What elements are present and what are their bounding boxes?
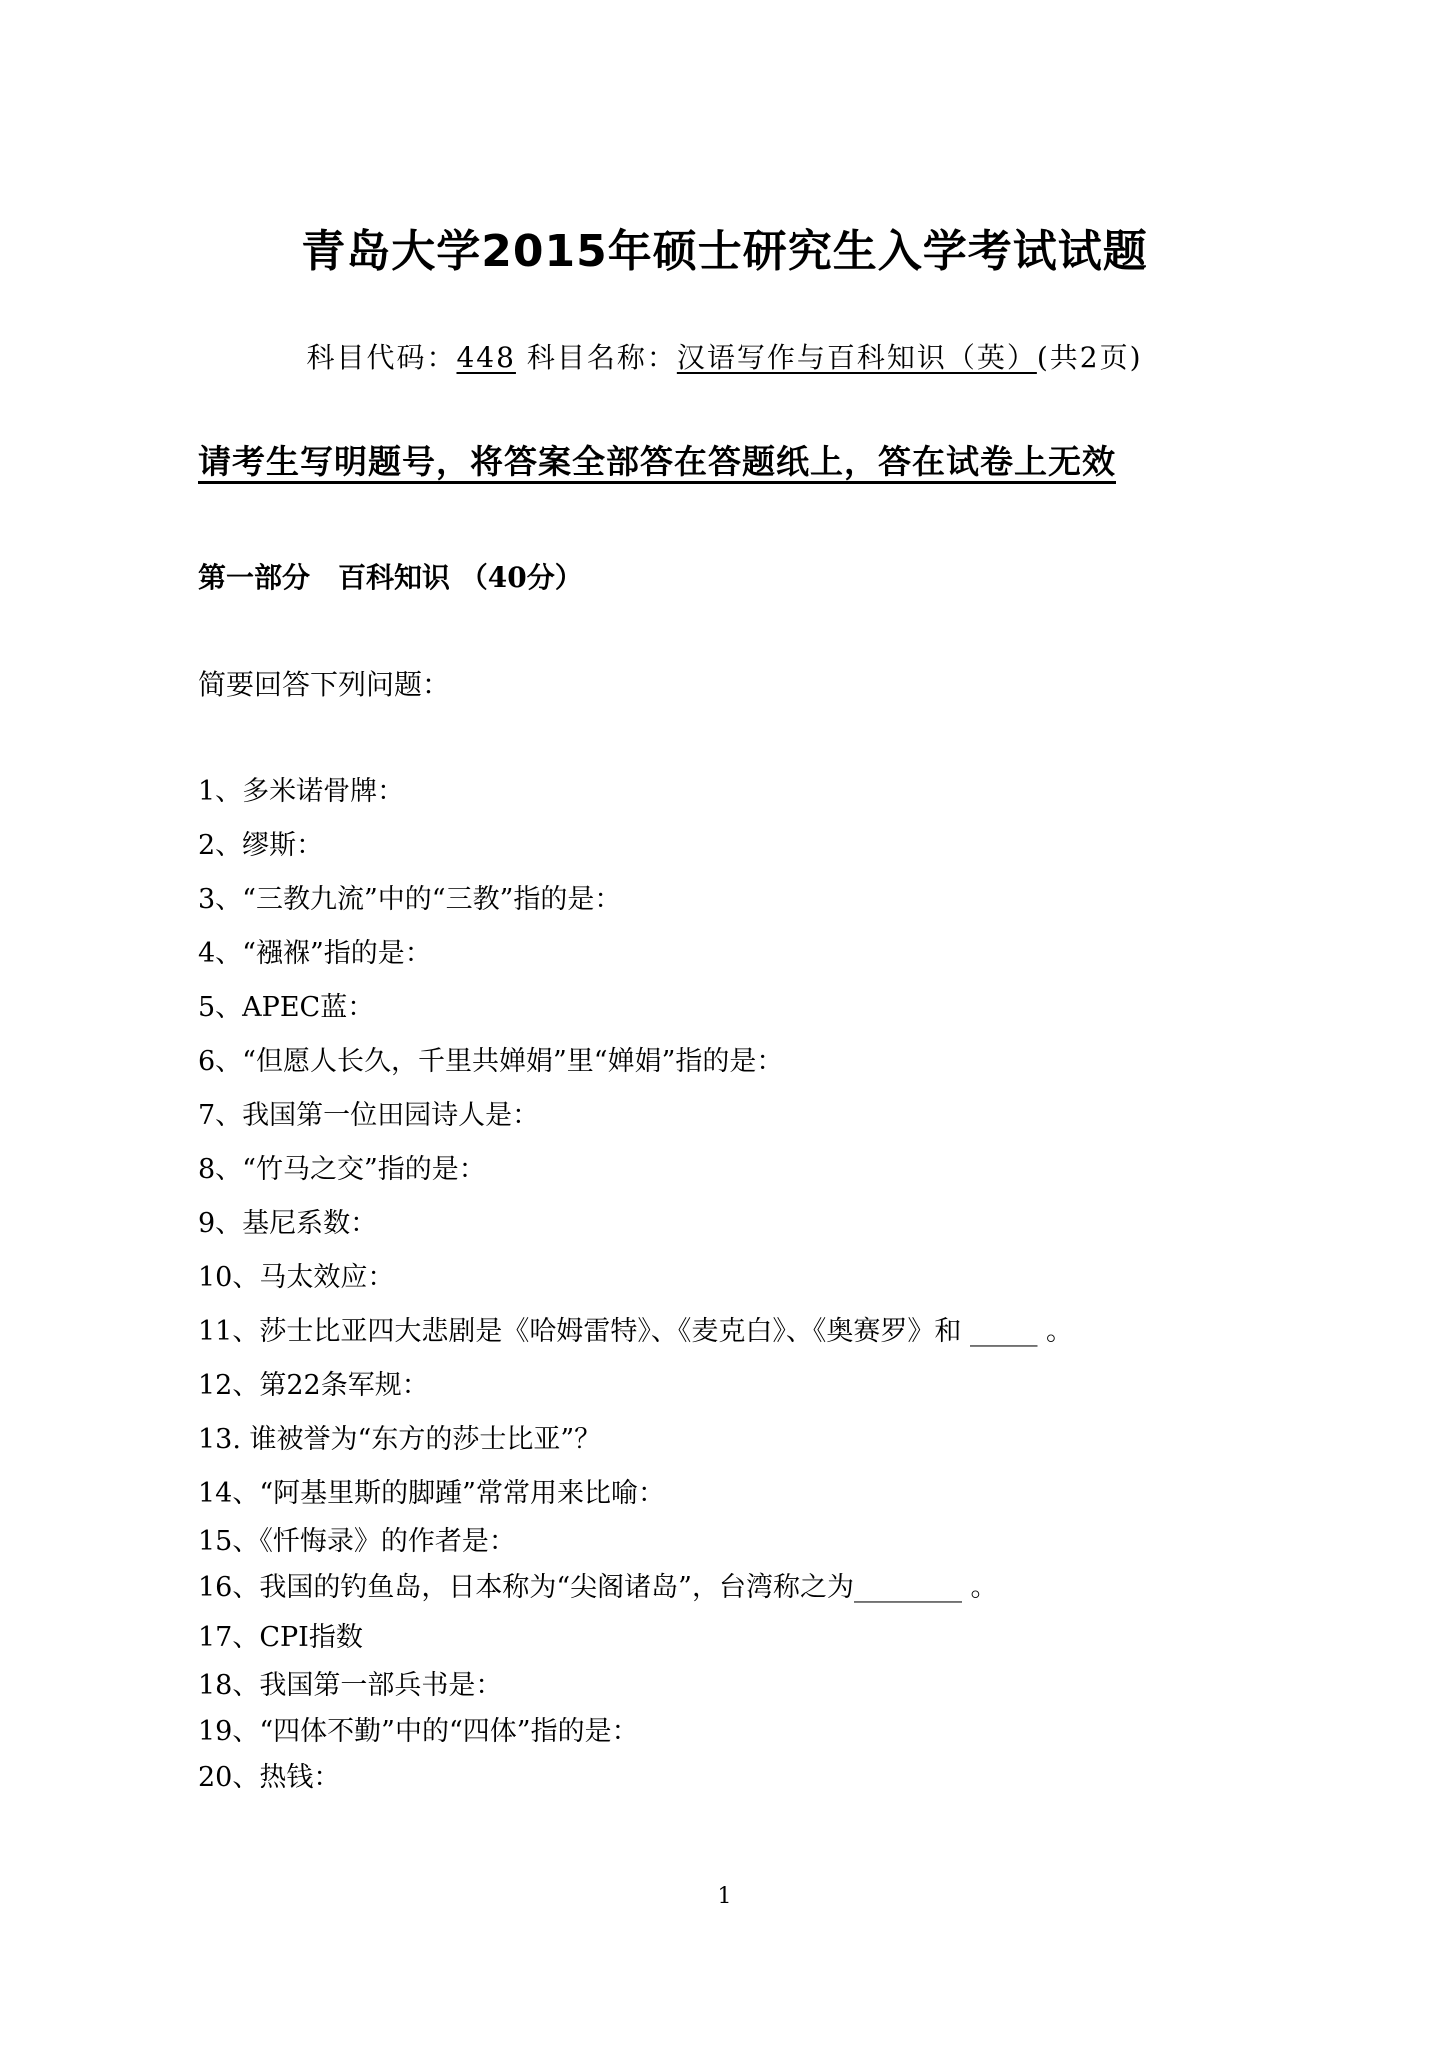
question-item: 4、“襁褓”指的是： xyxy=(198,934,432,974)
question-item: 18、我国第一部兵书是： xyxy=(198,1666,502,1706)
question-item: 2、缪斯： xyxy=(198,826,323,866)
question-item: 7、我国第一位田园诗人是： xyxy=(198,1096,539,1136)
section-instruction: 简要回答下列问题： xyxy=(198,665,450,705)
question-item: 14、“阿基里斯的脚踵”常常用来比喻： xyxy=(198,1474,665,1514)
question-item: 6、“但愿人长久，千里共婵娟”里“婵娟”指的是： xyxy=(198,1042,783,1082)
subject-name-value: 汉语写作与百科知识（英） xyxy=(677,341,1037,374)
question-item: 13. 谁被誉为“东方的莎士比亚”？ xyxy=(198,1420,601,1460)
question-item: 12、第22条军规： xyxy=(198,1366,429,1406)
question-item: 16、我国的钓鱼岛，日本称为“尖阁诸岛”，台湾称之为________ 。 xyxy=(198,1568,998,1608)
page-count: (共2页) xyxy=(1037,341,1143,374)
question-item: 1、多米诺骨牌： xyxy=(198,772,404,812)
question-item: 8、“竹马之交”指的是： xyxy=(198,1150,486,1190)
question-item: 15、《忏悔录》的作者是： xyxy=(198,1522,516,1562)
answer-notice: 请考生写明题号，将答案全部答在答题纸上，答在试卷上无效 xyxy=(198,438,1116,486)
question-item: 11、莎士比亚四大悲剧是《哈姆雷特》、《麦克白》、《奥赛罗》和 _____ 。 xyxy=(198,1312,1073,1352)
question-item: 10、马太效应： xyxy=(198,1258,394,1298)
question-item: 19、“四体不勤”中的“四体”指的是： xyxy=(198,1712,639,1752)
section-heading: 第一部分 百科知识 （40分） xyxy=(198,558,583,598)
page-number: 1 xyxy=(0,1882,1449,1912)
question-item: 17、CPI指数 xyxy=(198,1618,363,1658)
question-item: 3、“三教九流”中的“三教”指的是： xyxy=(198,880,621,920)
exam-page: 青岛大学2015年硕士研究生入学考试试题 科目代码：448 科目名称：汉语写作与… xyxy=(0,0,1449,2048)
subject-name-label: 科目名称： xyxy=(516,341,677,374)
subject-code-label: 科目代码： xyxy=(306,341,456,374)
exam-title: 青岛大学2015年硕士研究生入学考试试题 xyxy=(0,222,1449,282)
question-item: 20、热钱： xyxy=(198,1758,340,1798)
subject-line: 科目代码：448 科目名称：汉语写作与百科知识（英）(共2页) xyxy=(0,338,1449,378)
subject-code-value: 448 xyxy=(456,341,515,374)
question-item: 5、APEC蓝： xyxy=(198,988,374,1028)
question-item: 9、基尼系数： xyxy=(198,1204,377,1244)
